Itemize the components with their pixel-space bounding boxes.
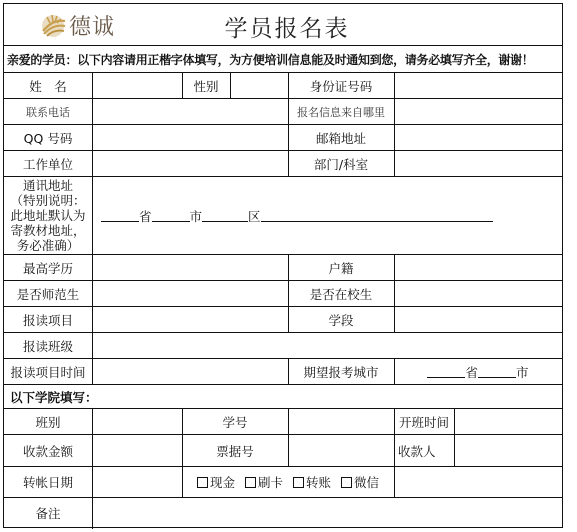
qq-input[interactable]	[93, 125, 288, 150]
employer-input[interactable]	[93, 151, 288, 176]
payment-option-cash[interactable]: 现金	[197, 473, 235, 491]
payment-option-transfer[interactable]: 转账	[293, 473, 331, 491]
exam-city-label: 市	[516, 363, 529, 381]
address-city-blank[interactable]	[152, 209, 190, 222]
address-label-line: 寄教材地址，	[10, 223, 85, 238]
normal-student-input[interactable]	[93, 281, 288, 306]
address-detail-blank[interactable]	[261, 209, 493, 222]
label-household: 户籍	[288, 255, 394, 280]
receipt-no-input[interactable]	[289, 435, 394, 466]
label-employer: 工作单位	[4, 151, 92, 176]
label-name: 姓 名	[4, 73, 92, 98]
checkbox-icon[interactable]	[293, 477, 304, 488]
address-label-line: （特别说明：	[10, 193, 85, 208]
payment-option-wechat[interactable]: 微信	[341, 473, 379, 491]
label-info-source: 报名信息来自哪里	[288, 99, 394, 124]
label-normal-student: 是否师范生	[4, 281, 92, 306]
school-section-title: 以下学院填写：	[4, 385, 562, 408]
phone-input[interactable]	[93, 99, 288, 124]
label-qq: QQ 号码	[4, 125, 92, 150]
label-start-time: 开班时间	[394, 409, 454, 434]
in-school-input[interactable]	[395, 281, 561, 306]
address-province-blank[interactable]	[101, 209, 139, 222]
label-class-type: 班别	[4, 409, 92, 434]
label-email: 邮箱地址	[288, 125, 394, 150]
program-input[interactable]	[93, 307, 288, 332]
label-student-no: 学号	[182, 409, 288, 434]
stage-input[interactable]	[395, 307, 561, 332]
household-input[interactable]	[395, 255, 561, 280]
label-address: 通讯地址 （特别说明： 此地址默认为 寄教材地址， 务必准确）	[4, 177, 92, 254]
address-district-label: 区	[248, 207, 261, 225]
address-district-blank[interactable]	[202, 209, 248, 222]
label-id-number: 身份证号码	[288, 73, 394, 98]
info-source-input[interactable]	[395, 99, 561, 124]
name-input[interactable]	[93, 73, 182, 98]
address-label-line: 通讯地址	[23, 178, 73, 193]
exam-province-blank[interactable]	[427, 365, 465, 378]
email-input[interactable]	[395, 125, 561, 150]
id-number-input[interactable]	[395, 73, 561, 98]
label-gender: 性别	[182, 73, 230, 98]
label-receipt-no: 票据号	[182, 435, 288, 466]
label-program: 报读项目	[4, 307, 92, 332]
exam-city-blank[interactable]	[478, 365, 516, 378]
education-input[interactable]	[93, 255, 288, 280]
start-time-input[interactable]	[455, 409, 561, 434]
label-transfer-date: 转帐日期	[4, 467, 92, 497]
label-amount: 收款金额	[4, 435, 92, 466]
transfer-extra-input[interactable]	[395, 467, 561, 497]
form-header: 德诚 学员报名表	[4, 4, 562, 46]
page-title: 学员报名表	[4, 10, 562, 43]
label-class-level: 报读班级	[4, 333, 92, 358]
amount-input[interactable]	[93, 435, 182, 466]
exam-province-label: 省	[465, 363, 478, 381]
registration-form: 德诚 学员报名表 亲爱的学员：以下内容请用正楷字体填写，为方便培训信息能及时通知…	[3, 3, 563, 528]
student-no-input[interactable]	[289, 409, 394, 434]
label-remarks: 备注	[4, 498, 92, 528]
label-education: 最高学历	[4, 255, 92, 280]
payment-methods: 现金 刷卡 转账 微信	[182, 467, 394, 497]
label-payee: 收款人	[394, 435, 454, 466]
address-city-label: 市	[190, 207, 203, 225]
label-in-school: 是否在校生	[288, 281, 394, 306]
payment-option-card[interactable]: 刷卡	[245, 473, 283, 491]
checkbox-icon[interactable]	[245, 477, 256, 488]
address-label-line: 务必准确）	[17, 238, 80, 253]
transfer-date-input[interactable]	[93, 467, 182, 497]
checkbox-icon[interactable]	[197, 477, 208, 488]
class-type-input[interactable]	[93, 409, 182, 434]
notice-text: 亲爱的学员：以下内容请用正楷字体填写，为方便培训信息能及时通知到您，请务必填写齐…	[4, 46, 562, 72]
label-exam-city: 期望报考城市	[288, 359, 394, 384]
class-level-input[interactable]	[93, 333, 561, 358]
label-phone: 联系电话	[4, 99, 92, 124]
department-input[interactable]	[395, 151, 561, 176]
label-stage: 学段	[288, 307, 394, 332]
address-label-line: 此地址默认为	[10, 208, 85, 223]
exam-city-field[interactable]: 省 市	[395, 359, 561, 384]
address-province-label: 省	[139, 207, 152, 225]
remarks-input[interactable]	[93, 498, 561, 528]
label-program-time: 报读项目时间	[4, 359, 92, 384]
program-time-input[interactable]	[93, 359, 288, 384]
gender-input[interactable]	[231, 73, 288, 98]
label-department: 部门/科室	[288, 151, 394, 176]
payee-input[interactable]	[455, 435, 561, 466]
address-field[interactable]: 省 市 区	[93, 177, 561, 254]
checkbox-icon[interactable]	[341, 477, 352, 488]
